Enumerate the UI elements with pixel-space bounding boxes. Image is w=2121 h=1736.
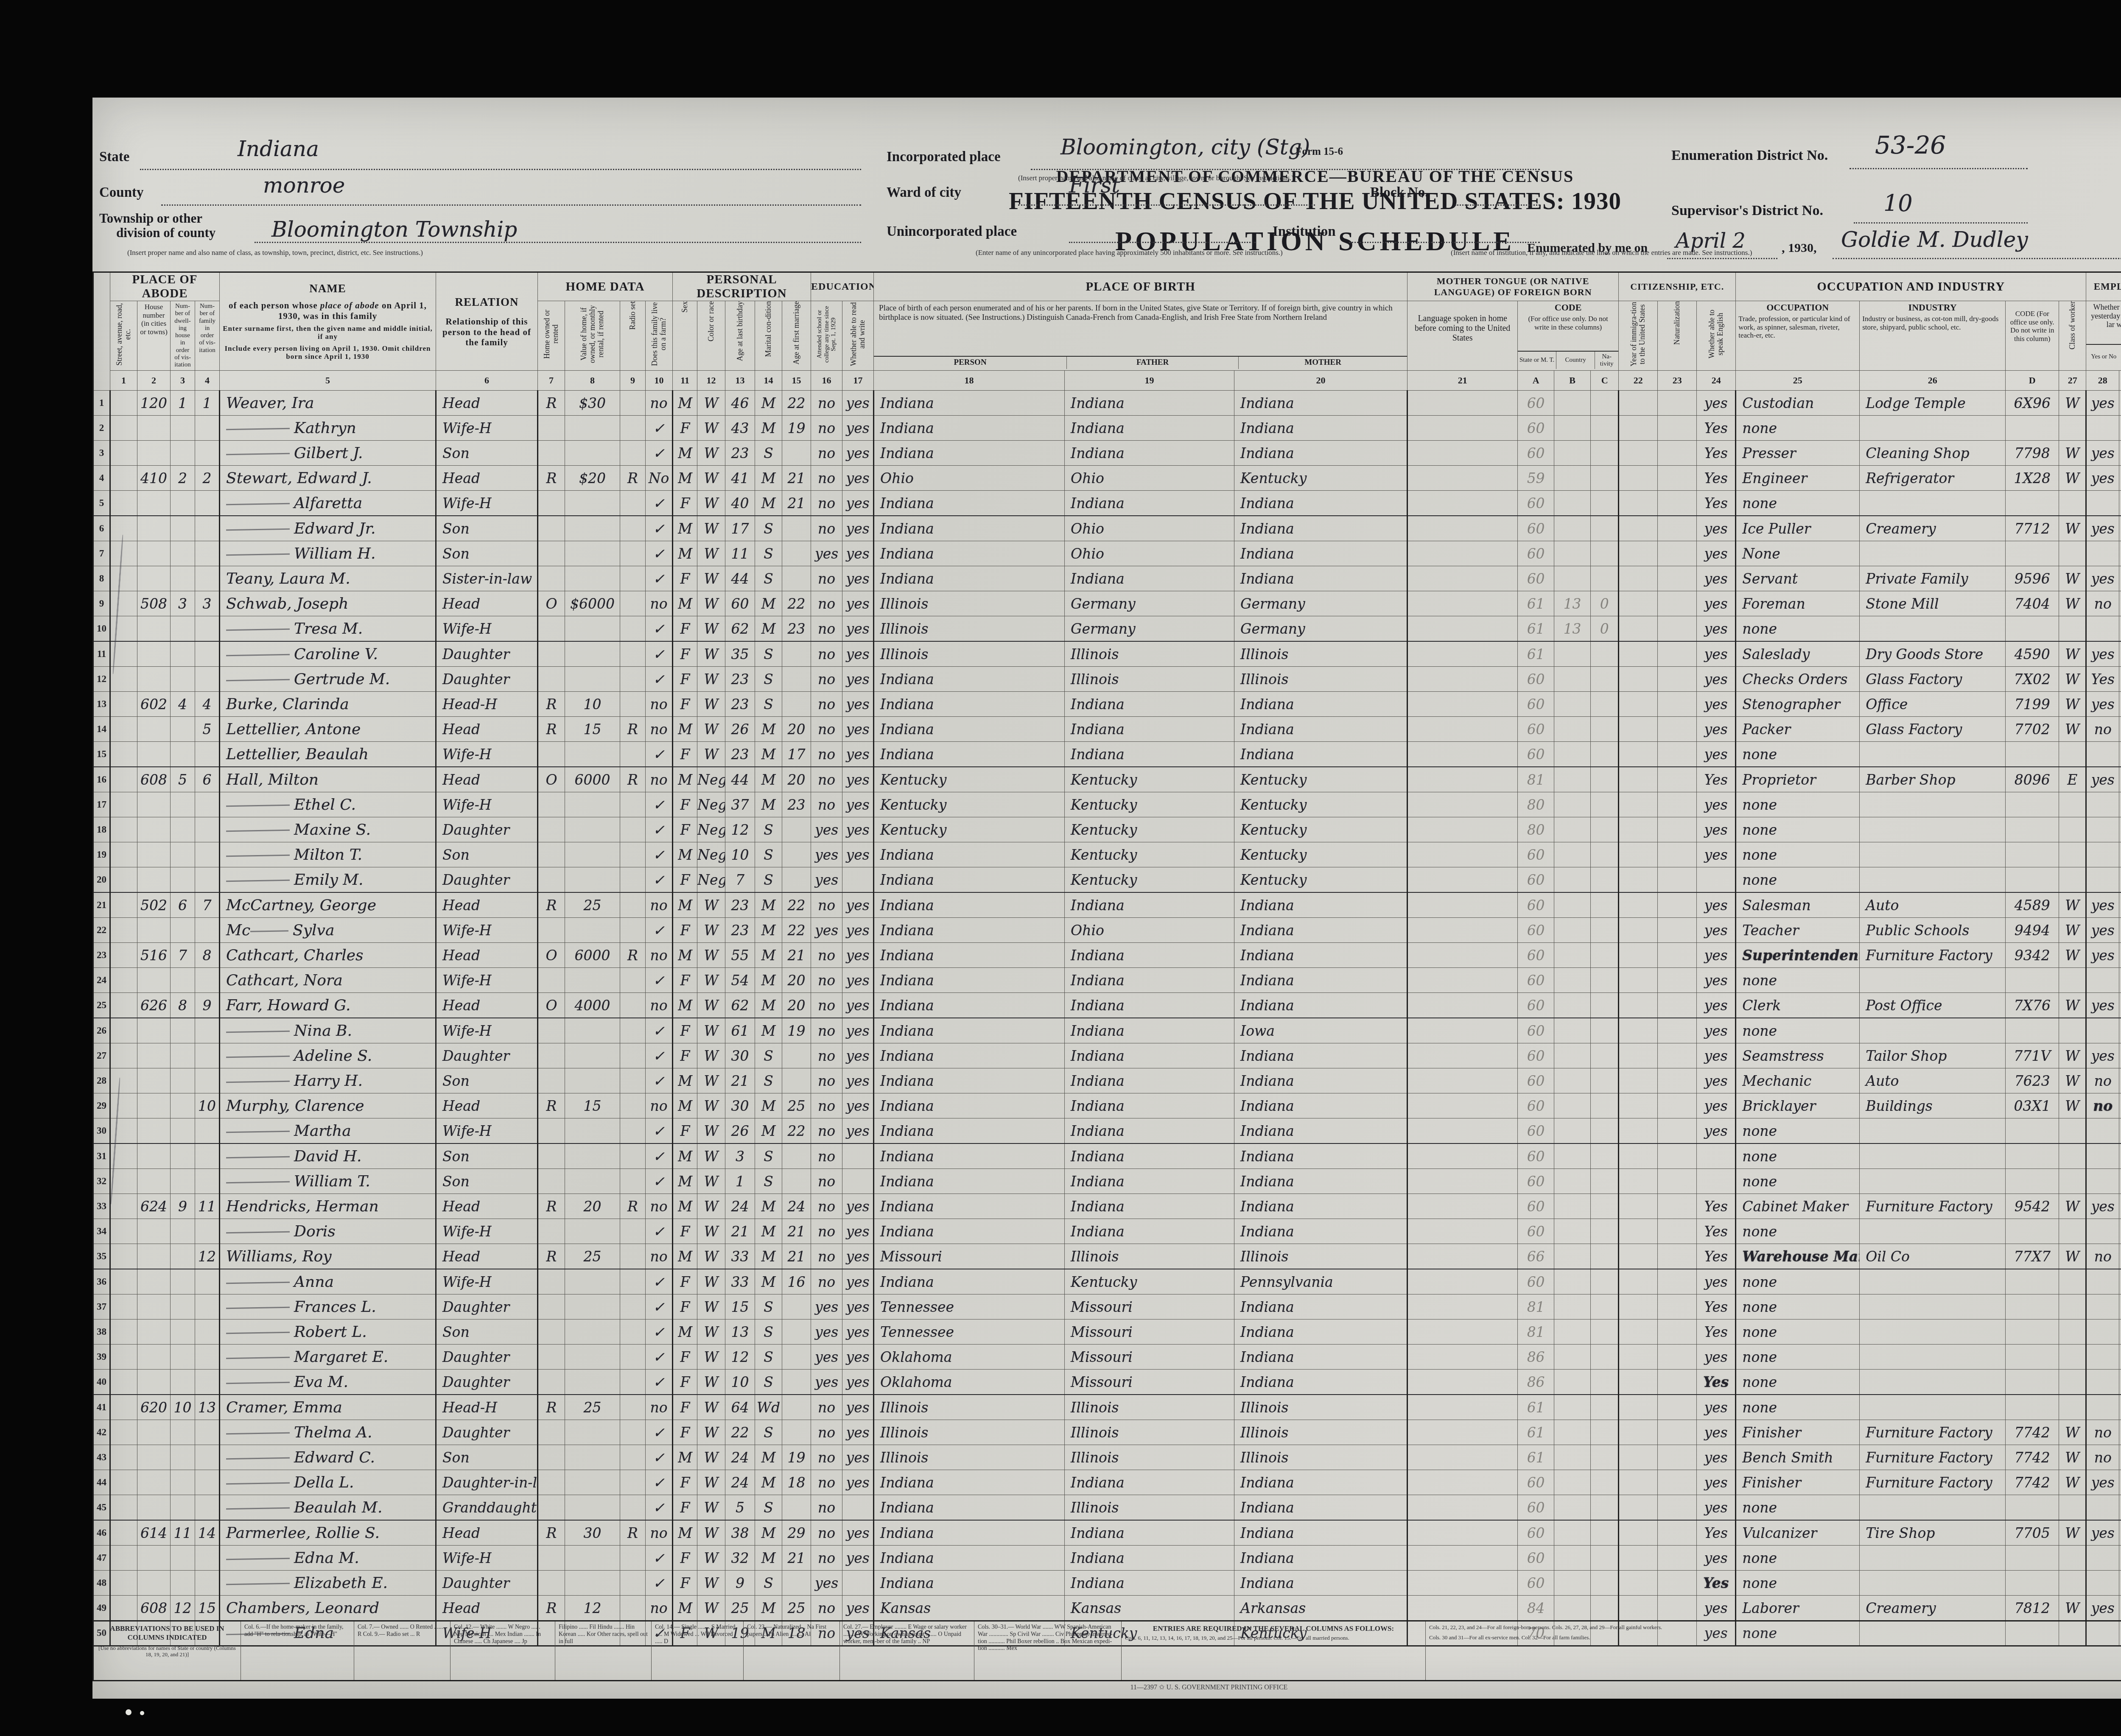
- cls-r31: [2059, 1143, 2086, 1169]
- farm-r28: ✓: [646, 1068, 673, 1093]
- colnum-16: 16: [811, 371, 842, 391]
- lang-r23: [1407, 943, 1518, 968]
- pf-r3: Indiana: [1065, 441, 1234, 466]
- ind-r17: [1860, 792, 2006, 817]
- val-r46: 30: [565, 1520, 620, 1546]
- sch-r9: no: [811, 591, 842, 616]
- race-r36: W: [697, 1269, 725, 1294]
- pb-r9: Illinois: [874, 591, 1065, 616]
- c29-r28: 1-2: [2119, 1068, 2121, 1093]
- enum-year: , 1930,: [1782, 241, 1817, 255]
- birth-mother-label: MOTHER: [1238, 357, 1407, 369]
- dw-r4: 2: [171, 466, 195, 491]
- ind-r28: Auto: [1860, 1068, 2006, 1093]
- c29-r41: [2119, 1395, 2121, 1420]
- c22-r28: [1619, 1068, 1658, 1093]
- c29-r22: [2119, 918, 2121, 943]
- rad-r37: [620, 1294, 646, 1319]
- farm-r21: no: [646, 892, 673, 918]
- pm-r5: Indiana: [1234, 491, 1407, 516]
- h-r39: [137, 1345, 171, 1370]
- colnum-8: 8: [565, 371, 620, 391]
- wk-r4: yes: [2086, 466, 2119, 491]
- pf-r20: Kentucky: [1065, 867, 1234, 893]
- c23-r47: [1658, 1546, 1697, 1571]
- pf-r35: Illinois: [1065, 1244, 1234, 1269]
- sex-r35: M: [673, 1244, 697, 1269]
- h-r47: [137, 1546, 171, 1571]
- farm-r7: ✓: [646, 541, 673, 566]
- lang-r26: [1407, 1018, 1518, 1043]
- table-row: 38Robert L.Son✓MW13SyesyesTennesseeMisso…: [93, 1319, 2121, 1345]
- occ-r36: none: [1736, 1269, 1860, 1294]
- sup-district-value: 10: [1883, 190, 1913, 217]
- occ-r37: none: [1736, 1294, 1860, 1319]
- rad-r18: [620, 817, 646, 842]
- lang-r32: [1407, 1169, 1518, 1194]
- rad-r14: R: [620, 717, 646, 742]
- cls-r32: [2059, 1169, 2086, 1194]
- ind-r37: [1860, 1294, 2006, 1319]
- oc-r30: [2006, 1118, 2059, 1144]
- sex-r25: M: [673, 993, 697, 1018]
- am-r37: [782, 1294, 811, 1319]
- ind-r39: [1860, 1345, 2006, 1370]
- age-r33: 24: [725, 1194, 755, 1219]
- c29-r30: [2119, 1118, 2121, 1144]
- c24-r48: Yes: [1697, 1571, 1736, 1596]
- pm-r10: Germany: [1234, 616, 1407, 642]
- sch-r5: no: [811, 491, 842, 516]
- line-number-left-19: 19: [93, 842, 110, 867]
- cls-r11: W: [2059, 641, 2086, 667]
- table-row: 28Harry H.Son✓MW21SnoyesIndianaIndianaIn…: [93, 1068, 2121, 1093]
- age-r15: 23: [725, 742, 755, 767]
- fam-r48: [195, 1571, 220, 1596]
- table-row: 18Maxine S.Daughter✓FNeg12SyesyesKentuck…: [93, 817, 2121, 842]
- fam-r49: 15: [195, 1596, 220, 1621]
- dw-r11: [171, 641, 195, 667]
- c24-r10: yes: [1697, 616, 1736, 642]
- mar-r31: S: [755, 1143, 782, 1169]
- name-r13: Burke, Clarinda: [220, 692, 436, 717]
- am-r27: [782, 1043, 811, 1068]
- am-r4: 21: [782, 466, 811, 491]
- oc-r28: 7623: [2006, 1068, 2059, 1093]
- pf-r10: Germany: [1065, 616, 1234, 642]
- sex-r41: F: [673, 1395, 697, 1420]
- name-r4: Stewart, Edward J.: [220, 466, 436, 491]
- lang-r30: [1407, 1118, 1518, 1144]
- c22-r37: [1619, 1294, 1658, 1319]
- table-row: 2150267McCartney, GeorgeHeadR25noMW23M22…: [93, 892, 2121, 918]
- col-24-header: Whether able to speak English: [1697, 301, 1736, 371]
- rel-r36: Wife-H: [436, 1269, 538, 1294]
- enumerator-line: [1833, 258, 2121, 259]
- ca-r6: 60: [1518, 516, 1554, 541]
- line-number-left-21: 21: [93, 892, 110, 918]
- lang-r7: [1407, 541, 1518, 566]
- pb-r27: Indiana: [874, 1043, 1065, 1068]
- pf-r18: Kentucky: [1065, 817, 1234, 842]
- c24-r22: yes: [1697, 918, 1736, 943]
- c22-r26: [1619, 1018, 1658, 1043]
- birth-person-label: PERSON: [874, 357, 1066, 369]
- line-number-left-39: 39: [93, 1345, 110, 1370]
- pm-r1: Indiana: [1234, 391, 1407, 416]
- col-21-header: Language spoken in home before coming to…: [1407, 301, 1518, 371]
- sex-r12: F: [673, 667, 697, 692]
- line-number-left-49: 49: [93, 1596, 110, 1621]
- name-r14: Lettellier, Antone: [220, 717, 436, 742]
- c24-r34: Yes: [1697, 1219, 1736, 1244]
- cb-r38: [1554, 1319, 1591, 1345]
- street-r1: [110, 391, 137, 416]
- rad-r43: [620, 1445, 646, 1470]
- rel-r30: Wife-H: [436, 1118, 538, 1144]
- val-r12: [565, 667, 620, 692]
- pf-r23: Indiana: [1065, 943, 1234, 968]
- lang-r1: [1407, 391, 1518, 416]
- wk-r22: yes: [2086, 918, 2119, 943]
- race-r11: W: [697, 641, 725, 667]
- pm-r21: Indiana: [1234, 892, 1407, 918]
- code-a-label: State or M. T.: [1518, 352, 1556, 369]
- cc-r30: [1591, 1118, 1619, 1144]
- pm-r31: Indiana: [1234, 1143, 1407, 1169]
- c29-r16: [2119, 767, 2121, 792]
- col-relation-header: RELATION Relationship of this person to …: [436, 272, 538, 371]
- cc-r16: [1591, 767, 1619, 792]
- rel-r39: Daughter: [436, 1345, 538, 1370]
- pf-r26: Indiana: [1065, 1018, 1234, 1043]
- c24-r29: yes: [1697, 1093, 1736, 1118]
- dw-r46: 11: [171, 1520, 195, 1546]
- am-r30: 22: [782, 1118, 811, 1144]
- line-number-left-10: 10: [93, 616, 110, 642]
- pb-r8: Indiana: [874, 566, 1065, 591]
- sex-r24: F: [673, 968, 697, 993]
- entries-title: ENTRIES ARE REQUIRED IN THE SEVERAL COLU…: [1125, 1624, 1422, 1633]
- pb-r20: Indiana: [874, 867, 1065, 893]
- lang-r40: [1407, 1370, 1518, 1395]
- pm-r24: Indiana: [1234, 968, 1407, 993]
- sch-r29: no: [811, 1093, 842, 1118]
- cb-r10: 13: [1554, 616, 1591, 642]
- lang-r48: [1407, 1571, 1518, 1596]
- c23-r11: [1658, 641, 1697, 667]
- race-r32: W: [697, 1169, 725, 1194]
- wk-r6: yes: [2086, 516, 2119, 541]
- rw-r29: yes: [842, 1093, 874, 1118]
- rad-r13: [620, 692, 646, 717]
- rel-r7: Son: [436, 541, 538, 566]
- mar-r8: S: [755, 566, 782, 591]
- ca-r27: 60: [1518, 1043, 1554, 1068]
- street-r5: [110, 491, 137, 516]
- fam-r32: [195, 1169, 220, 1194]
- rad-r24: [620, 968, 646, 993]
- name-note1: Enter surname first, then the given name…: [220, 323, 436, 343]
- val-r7: [565, 541, 620, 566]
- c23-r5: [1658, 491, 1697, 516]
- occ-r22: Teacher: [1736, 918, 1860, 943]
- h-r12: [137, 667, 171, 692]
- age-r2: 43: [725, 416, 755, 441]
- rw-r40: yes: [842, 1370, 874, 1395]
- colnum-25: 25: [1736, 371, 1860, 391]
- wk-r37: [2086, 1294, 2119, 1319]
- pb-r1: Indiana: [874, 391, 1065, 416]
- lang-r10: [1407, 616, 1518, 642]
- val-r8: [565, 566, 620, 591]
- pb-r21: Indiana: [874, 892, 1065, 918]
- race-r1: W: [697, 391, 725, 416]
- mar-r48: S: [755, 1571, 782, 1596]
- mar-r45: S: [755, 1495, 782, 1521]
- h-r5: [137, 491, 171, 516]
- fam-r8: [195, 566, 220, 591]
- own-r48: [538, 1571, 565, 1596]
- table-row: 42Thelma A.Daughter✓FW22SnoyesIllinoisIl…: [93, 1420, 2121, 1445]
- am-r46: 29: [782, 1520, 811, 1546]
- table-row: 10Tresa M.Wife-H✓FW62M23noyesIllinoisGer…: [93, 616, 2121, 642]
- c23-r38: [1658, 1319, 1697, 1345]
- own-r9: O: [538, 591, 565, 616]
- ca-r25: 60: [1518, 993, 1554, 1018]
- pm-r9: Germany: [1234, 591, 1407, 616]
- race-r29: W: [697, 1093, 725, 1118]
- occ-r24: none: [1736, 968, 1860, 993]
- c23-r41: [1658, 1395, 1697, 1420]
- val-r42: [565, 1420, 620, 1445]
- cls-r30: [2059, 1118, 2086, 1144]
- c22-r21: [1619, 892, 1658, 918]
- c29-r46: [2119, 1520, 2121, 1546]
- occ-r33: Cabinet Maker: [1736, 1194, 1860, 1219]
- rel-r43: Son: [436, 1445, 538, 1470]
- abbrev-block-2: Col. 7.— Owned ...... O Rented ...... R …: [354, 1621, 450, 1680]
- c23-r25: [1658, 993, 1697, 1018]
- dw-r6: [171, 516, 195, 541]
- c22-r17: [1619, 792, 1658, 817]
- occ-r21: Salesman: [1736, 892, 1860, 918]
- pf-r48: Indiana: [1065, 1571, 1234, 1596]
- incorporated-label: Incorporated place: [887, 149, 1001, 165]
- cc-r47: [1591, 1546, 1619, 1571]
- code-title: CODE: [1518, 301, 1618, 313]
- ca-r42: 61: [1518, 1420, 1554, 1445]
- oc-r36: [2006, 1269, 2059, 1294]
- fam-r21: 7: [195, 892, 220, 918]
- pm-r28: Indiana: [1234, 1068, 1407, 1093]
- occ-r19: none: [1736, 842, 1860, 867]
- ind-r15: [1860, 742, 2006, 767]
- c24-r45: yes: [1697, 1495, 1736, 1521]
- am-r7: [782, 541, 811, 566]
- colnum-23: 23: [1658, 371, 1697, 391]
- rw-r27: yes: [842, 1043, 874, 1068]
- occ-r28: Mechanic: [1736, 1068, 1860, 1093]
- ind-r18: [1860, 817, 2006, 842]
- rw-r42: yes: [842, 1420, 874, 1445]
- c23-r24: [1658, 968, 1697, 993]
- c23-r39: [1658, 1345, 1697, 1370]
- age-r44: 24: [725, 1470, 755, 1495]
- fam-r3: [195, 441, 220, 466]
- c23-r17: [1658, 792, 1697, 817]
- mar-r35: M: [755, 1244, 782, 1269]
- cb-r40: [1554, 1370, 1591, 1395]
- sex-r8: F: [673, 566, 697, 591]
- pm-r39: Indiana: [1234, 1345, 1407, 1370]
- line-number-left-42: 42: [93, 1420, 110, 1445]
- colnum-11: 11: [673, 371, 697, 391]
- mar-r20: S: [755, 867, 782, 893]
- val-r22: [565, 918, 620, 943]
- ind-r48: [1860, 1571, 2006, 1596]
- col-25-header: OCCUPATION Trade, profession, or particu…: [1736, 301, 1860, 371]
- pm-r6: Indiana: [1234, 516, 1407, 541]
- col-15-header: Age at first marriage: [782, 301, 811, 371]
- pm-r20: Kentucky: [1234, 867, 1407, 893]
- oc-r8: 9596: [2006, 566, 2059, 591]
- oc-r27: 771V: [2006, 1043, 2059, 1068]
- cb-r34: [1554, 1219, 1591, 1244]
- race-r34: W: [697, 1219, 725, 1244]
- c23-r45: [1658, 1495, 1697, 1521]
- race-r43: W: [697, 1445, 725, 1470]
- cc-r5: [1591, 491, 1619, 516]
- am-r43: 19: [782, 1445, 811, 1470]
- sch-r27: no: [811, 1043, 842, 1068]
- rad-r2: [620, 416, 646, 441]
- race-r21: W: [697, 892, 725, 918]
- abbrev-block-8: Cols. 30–31.— World War ....... WW Spani…: [974, 1621, 1121, 1680]
- ca-r13: 60: [1518, 692, 1554, 717]
- c29-r18: [2119, 817, 2121, 842]
- fam-r23: 8: [195, 943, 220, 968]
- ca-r43: 61: [1518, 1445, 1554, 1470]
- oc-r34: [2006, 1219, 2059, 1244]
- pb-r3: Indiana: [874, 441, 1065, 466]
- dw-r26: [171, 1018, 195, 1043]
- cb-r29: [1554, 1093, 1591, 1118]
- code-abc-header: CODE (For office use only. Do not write …: [1518, 301, 1619, 371]
- age-r18: 12: [725, 817, 755, 842]
- h-r8: [137, 566, 171, 591]
- street-r9: [110, 591, 137, 616]
- ca-r48: 60: [1518, 1571, 1554, 1596]
- dw-r47: [171, 1546, 195, 1571]
- name-r25: Farr, Howard G.: [220, 993, 436, 1018]
- line-number-left-4: 4: [93, 466, 110, 491]
- cls-r38: [2059, 1319, 2086, 1345]
- oc-r1: 6X96: [2006, 391, 2059, 416]
- cb-r36: [1554, 1269, 1591, 1294]
- dw-r8: [171, 566, 195, 591]
- own-r40: [538, 1370, 565, 1395]
- street-r36: [110, 1269, 137, 1294]
- ind-r45: [1860, 1495, 2006, 1521]
- fam-r12: [195, 667, 220, 692]
- table-row: 26Nina B.Wife-H✓FW61M19noyesIndianaIndia…: [93, 1018, 2121, 1043]
- colnum-22: 22: [1619, 371, 1658, 391]
- sch-r3: no: [811, 441, 842, 466]
- ca-r9: 61: [1518, 591, 1554, 616]
- dw-r29: [171, 1093, 195, 1118]
- val-r1: $30: [565, 391, 620, 416]
- sex-r23: M: [673, 943, 697, 968]
- cb-r11: [1554, 641, 1591, 667]
- c22-r24: [1619, 968, 1658, 993]
- val-r15: [565, 742, 620, 767]
- age-r37: 15: [725, 1294, 755, 1319]
- code-b-label: Country: [1556, 352, 1595, 369]
- fam-r17: [195, 792, 220, 817]
- ward-value: First: [1069, 173, 1120, 198]
- race-r48: W: [697, 1571, 725, 1596]
- c23-r14: [1658, 717, 1697, 742]
- lang-r43: [1407, 1445, 1518, 1470]
- ind-r25: Post Office: [1860, 993, 2006, 1018]
- h-r40: [137, 1370, 171, 1395]
- sch-r8: no: [811, 566, 842, 591]
- sch-r16: no: [811, 767, 842, 792]
- lang-r17: [1407, 792, 1518, 817]
- line-number-left-9: 9: [93, 591, 110, 616]
- col-10-header: Does this family live on a farm?: [646, 301, 673, 371]
- cc-r28: [1591, 1068, 1619, 1093]
- rw-r33: yes: [842, 1194, 874, 1219]
- rad-r17: [620, 792, 646, 817]
- township-note: (Insert proper name and also name of cla…: [127, 249, 874, 257]
- oc-r39: [2006, 1345, 2059, 1370]
- rel-r38: Son: [436, 1319, 538, 1345]
- rel-r6: Son: [436, 516, 538, 541]
- c23-r19: [1658, 842, 1697, 867]
- val-r34: [565, 1219, 620, 1244]
- pf-r40: Missouri: [1065, 1370, 1234, 1395]
- street-r30: [110, 1118, 137, 1144]
- ca-r23: 60: [1518, 943, 1554, 968]
- line-number-left-45: 45: [93, 1495, 110, 1521]
- colnum-A: A: [1518, 371, 1554, 391]
- farm-r22: ✓: [646, 918, 673, 943]
- mar-r37: S: [755, 1294, 782, 1319]
- industry-title: INDUSTRY: [1860, 301, 2005, 313]
- h-r31: [137, 1143, 171, 1169]
- rw-r30: yes: [842, 1118, 874, 1144]
- wk-r46: yes: [2086, 1520, 2119, 1546]
- am-r41: [782, 1395, 811, 1420]
- own-r23: O: [538, 943, 565, 968]
- c29-r33: [2119, 1194, 2121, 1219]
- farm-r12: ✓: [646, 667, 673, 692]
- rad-r30: [620, 1118, 646, 1144]
- pm-r15: Indiana: [1234, 742, 1407, 767]
- occ-r42: Finisher: [1736, 1420, 1860, 1445]
- race-r2: W: [697, 416, 725, 441]
- occ-r12: Checks Orders: [1736, 667, 1860, 692]
- am-r48: [782, 1571, 811, 1596]
- lang-r42: [1407, 1420, 1518, 1445]
- cls-r36: [2059, 1269, 2086, 1294]
- mar-r14: M: [755, 717, 782, 742]
- pb-r25: Indiana: [874, 993, 1065, 1018]
- fam-r1: 1: [195, 391, 220, 416]
- fam-r46: 14: [195, 1520, 220, 1546]
